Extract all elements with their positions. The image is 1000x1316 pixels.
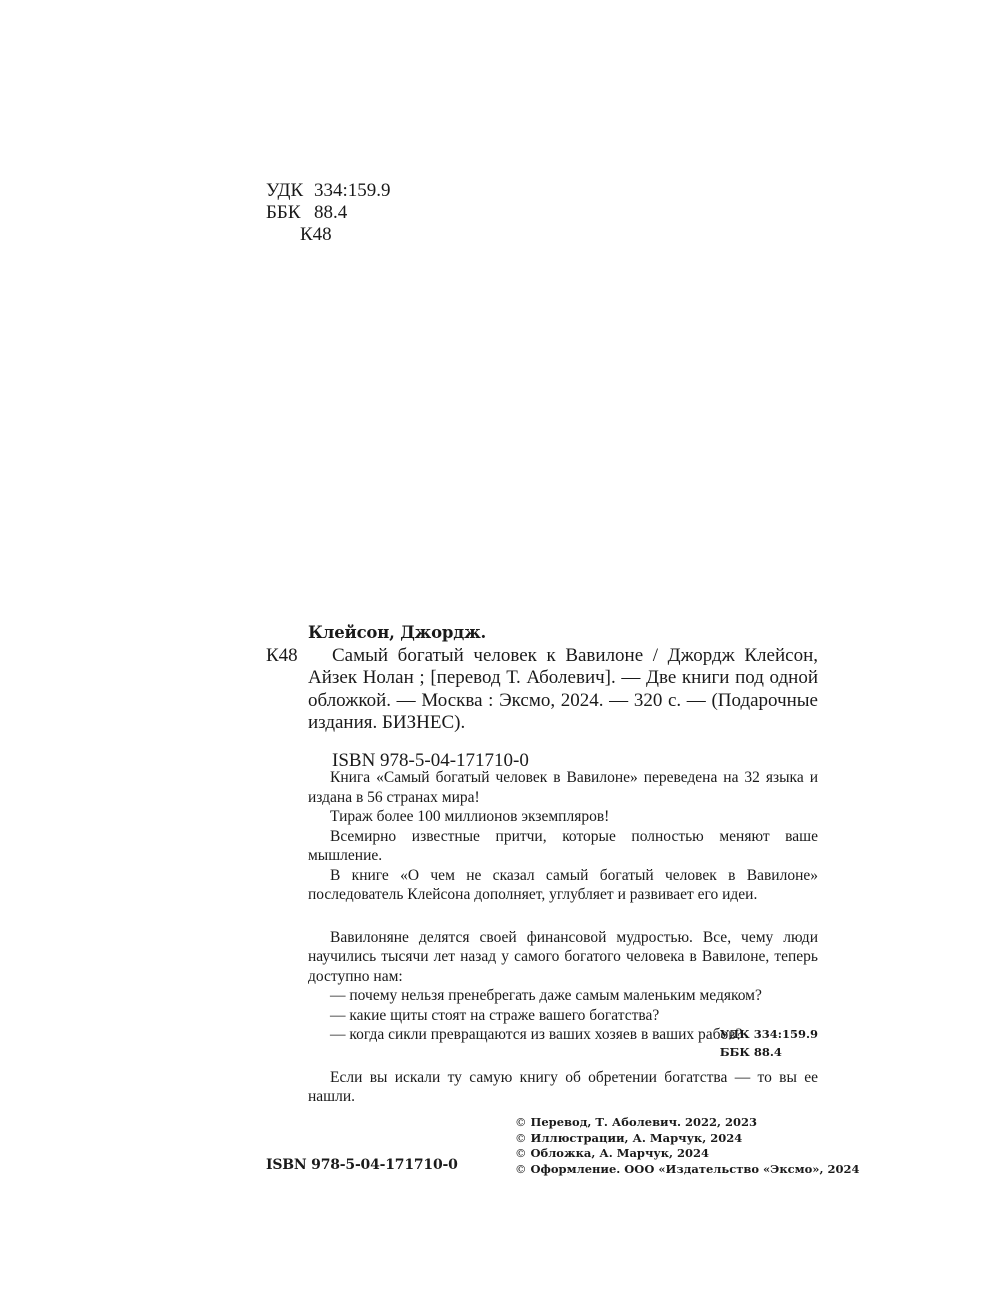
record-cutter: К48: [266, 645, 298, 668]
annotation-paragraph: В книге «О чем не сказал самый богатый ч…: [308, 866, 818, 905]
bbk-line: ББК88.4: [266, 202, 391, 224]
copyright-icon: ©: [515, 1146, 527, 1160]
record-description: Самый богатый человек к Вавилоне / Джорд…: [308, 645, 818, 735]
spacer: [308, 905, 818, 928]
author-heading: Клейсон, Джордж.: [266, 622, 818, 645]
bibliographic-record: Клейсон, Джордж. К48 Самый богатый челов…: [266, 622, 818, 772]
copyright-line: ©Перевод, Т. Аболевич. 2022, 2023: [515, 1115, 860, 1131]
copyright-text: Иллюстрации, А. Марчук, 2024: [531, 1131, 743, 1145]
classification-block-top: УДК334:159.9 ББК88.4 К48: [266, 180, 391, 246]
imprint-page: УДК334:159.9 ББК88.4 К48 Клейсон, Джордж…: [0, 0, 1000, 1316]
udk-value: 334:159.9: [314, 180, 391, 201]
annotation-classification: УДК 334:159.9 ББК 88.4: [720, 1026, 818, 1061]
annotation-intro: Вавилоняне делятся своей финансовой мудр…: [308, 928, 818, 987]
copyright-icon: ©: [515, 1162, 527, 1176]
annotation-udk: УДК 334:159.9: [720, 1026, 818, 1044]
annotation-paragraph: Книга «Самый богатый человек в Вавилоне»…: [308, 768, 818, 807]
copyright-line: ©Иллюстрации, А. Марчук, 2024: [515, 1131, 860, 1147]
annotation-bullet: — какие щиты стоят на страже вашего бога…: [308, 1006, 818, 1026]
copyright-line: ©Оформление. ООО «Издательство «Эксмо», …: [515, 1162, 860, 1178]
udk-line: УДК334:159.9: [266, 180, 391, 202]
annotation-paragraph: Всемирно известные притчи, которые полно…: [308, 827, 818, 866]
udk-label: УДК: [266, 180, 314, 202]
copyright-icon: ©: [515, 1131, 527, 1145]
copyright-line: ©Обложка, А. Марчук, 2024: [515, 1146, 860, 1162]
copyright-text: Обложка, А. Марчук, 2024: [531, 1146, 710, 1160]
record-entry: К48 Самый богатый человек к Вавилоне / Д…: [266, 645, 818, 735]
copyright-text: Оформление. ООО «Издательство «Эксмо», 2…: [531, 1162, 860, 1176]
cutter-code: К48: [266, 224, 391, 246]
annotation-bullet: — почему нельзя пренебрегать даже самым …: [308, 986, 818, 1006]
annotation-closing: Если вы искали ту самую книгу об обретен…: [308, 1068, 818, 1107]
bbk-value: 88.4: [314, 202, 347, 223]
copyright-text: Перевод, Т. Аболевич. 2022, 2023: [531, 1115, 758, 1129]
copyright-icon: ©: [515, 1115, 527, 1129]
footer-isbn: ISBN 978-5-04-171710-0: [266, 1157, 458, 1173]
annotation-paragraph: Тираж более 100 миллионов экземпляров!: [308, 807, 818, 827]
copyright-list: ©Перевод, Т. Аболевич. 2022, 2023 ©Иллюс…: [515, 1115, 860, 1177]
bbk-label: ББК: [266, 202, 314, 224]
annotation-bbk: ББК 88.4: [720, 1044, 818, 1062]
